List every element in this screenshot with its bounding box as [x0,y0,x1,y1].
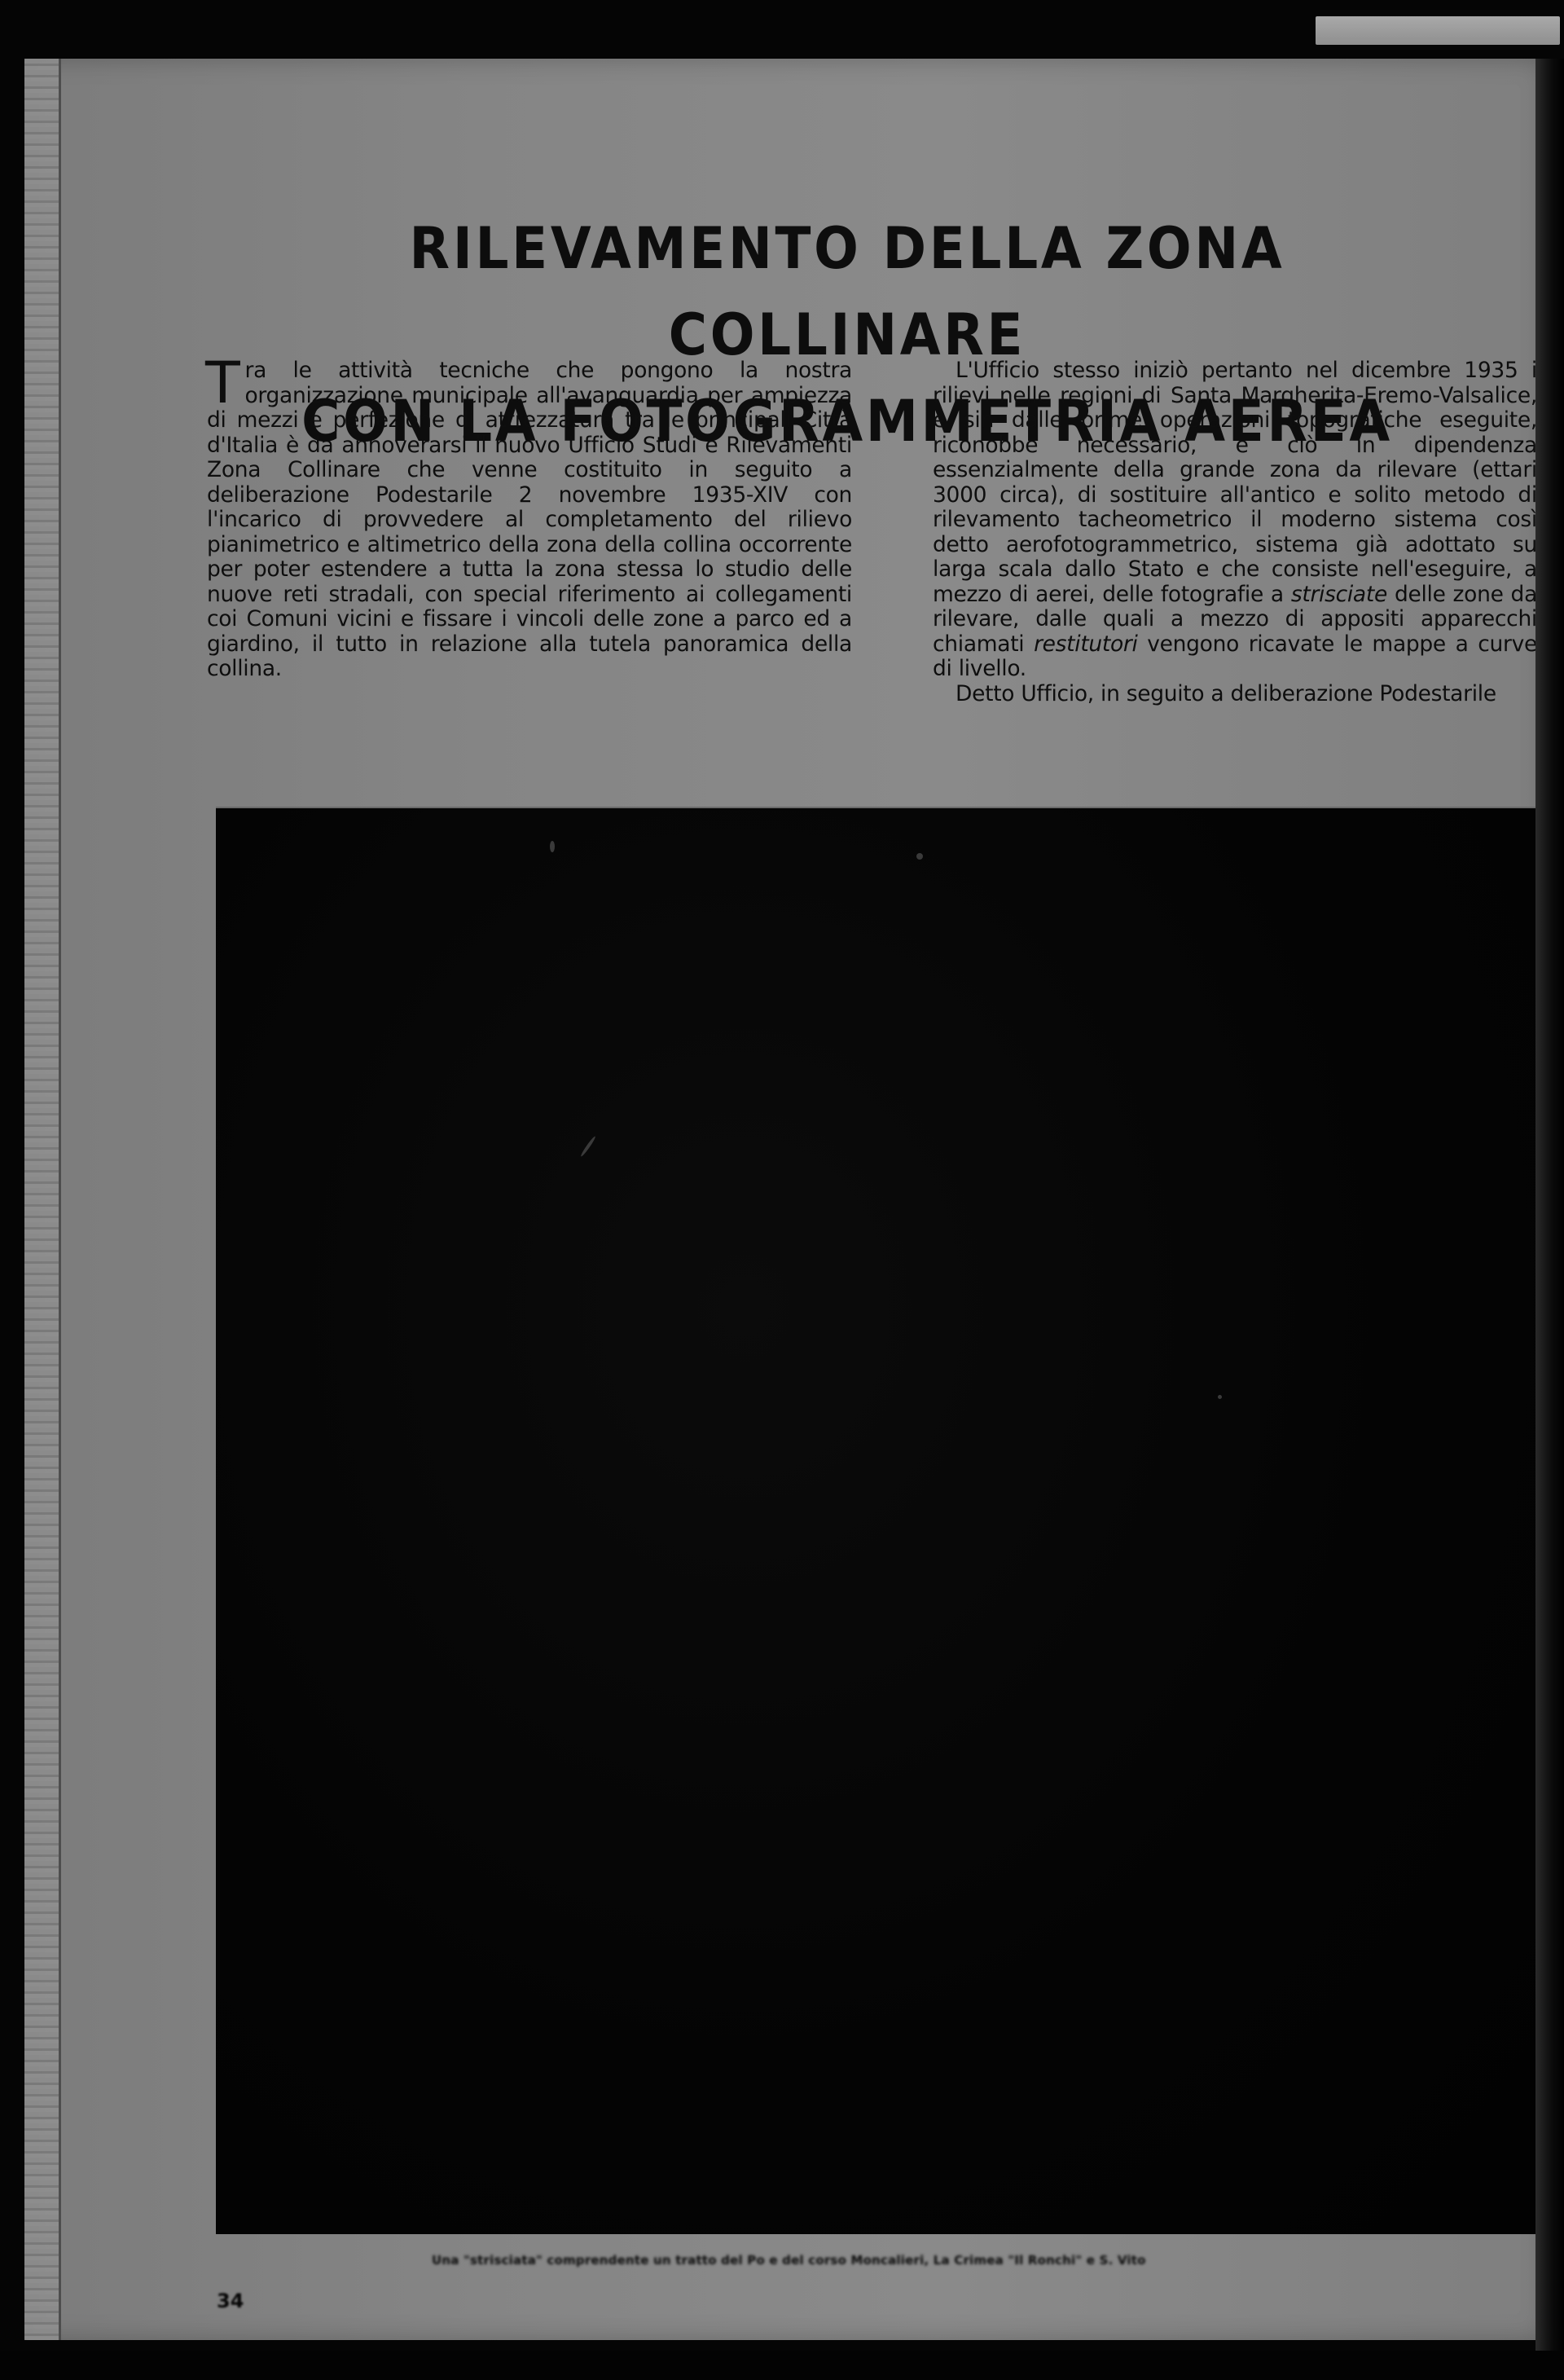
aerial-photograph [216,807,1537,2234]
title-line-1: RILEVAMENTO DELLA ZONA COLLINARE [255,205,1439,378]
paragraph: Tra le attività tecniche che pongono la … [207,359,852,682]
italic-term: restitutori [1034,631,1138,657]
bottom-background [0,2351,1564,2380]
paragraph-text: L'Ufficio stesso iniziò pertanto nel dic… [933,358,1537,607]
paragraph-text: Detto Ufficio, in seguito a deliberazion… [956,681,1496,706]
top-paper-strip [1316,16,1560,45]
paragraph: Detto Ufficio, in seguito a deliberazion… [933,682,1537,707]
page-number: 34 [217,2290,244,2312]
photo-speck [916,853,923,860]
drop-cap: T [205,360,239,406]
photo-speck [580,1136,596,1158]
page-binding-edge [24,59,61,2340]
right-text-column: L'Ufficio stesso iniziò pertanto nel dic… [933,359,1537,706]
paragraph-text: ra le attività tecniche che pongono la n… [207,358,852,681]
photo-speck [1218,1395,1222,1399]
photo-speck [550,841,555,852]
left-text-column: Tra le attività tecniche che pongono la … [207,359,852,682]
italic-term: strisciate [1291,582,1387,607]
paragraph: L'Ufficio stesso iniziò pertanto nel dic… [933,359,1537,682]
photo-caption: Una "strisciata" comprendente un tratto … [432,2253,1352,2268]
page-right-edge-shadow [1535,59,1564,2380]
